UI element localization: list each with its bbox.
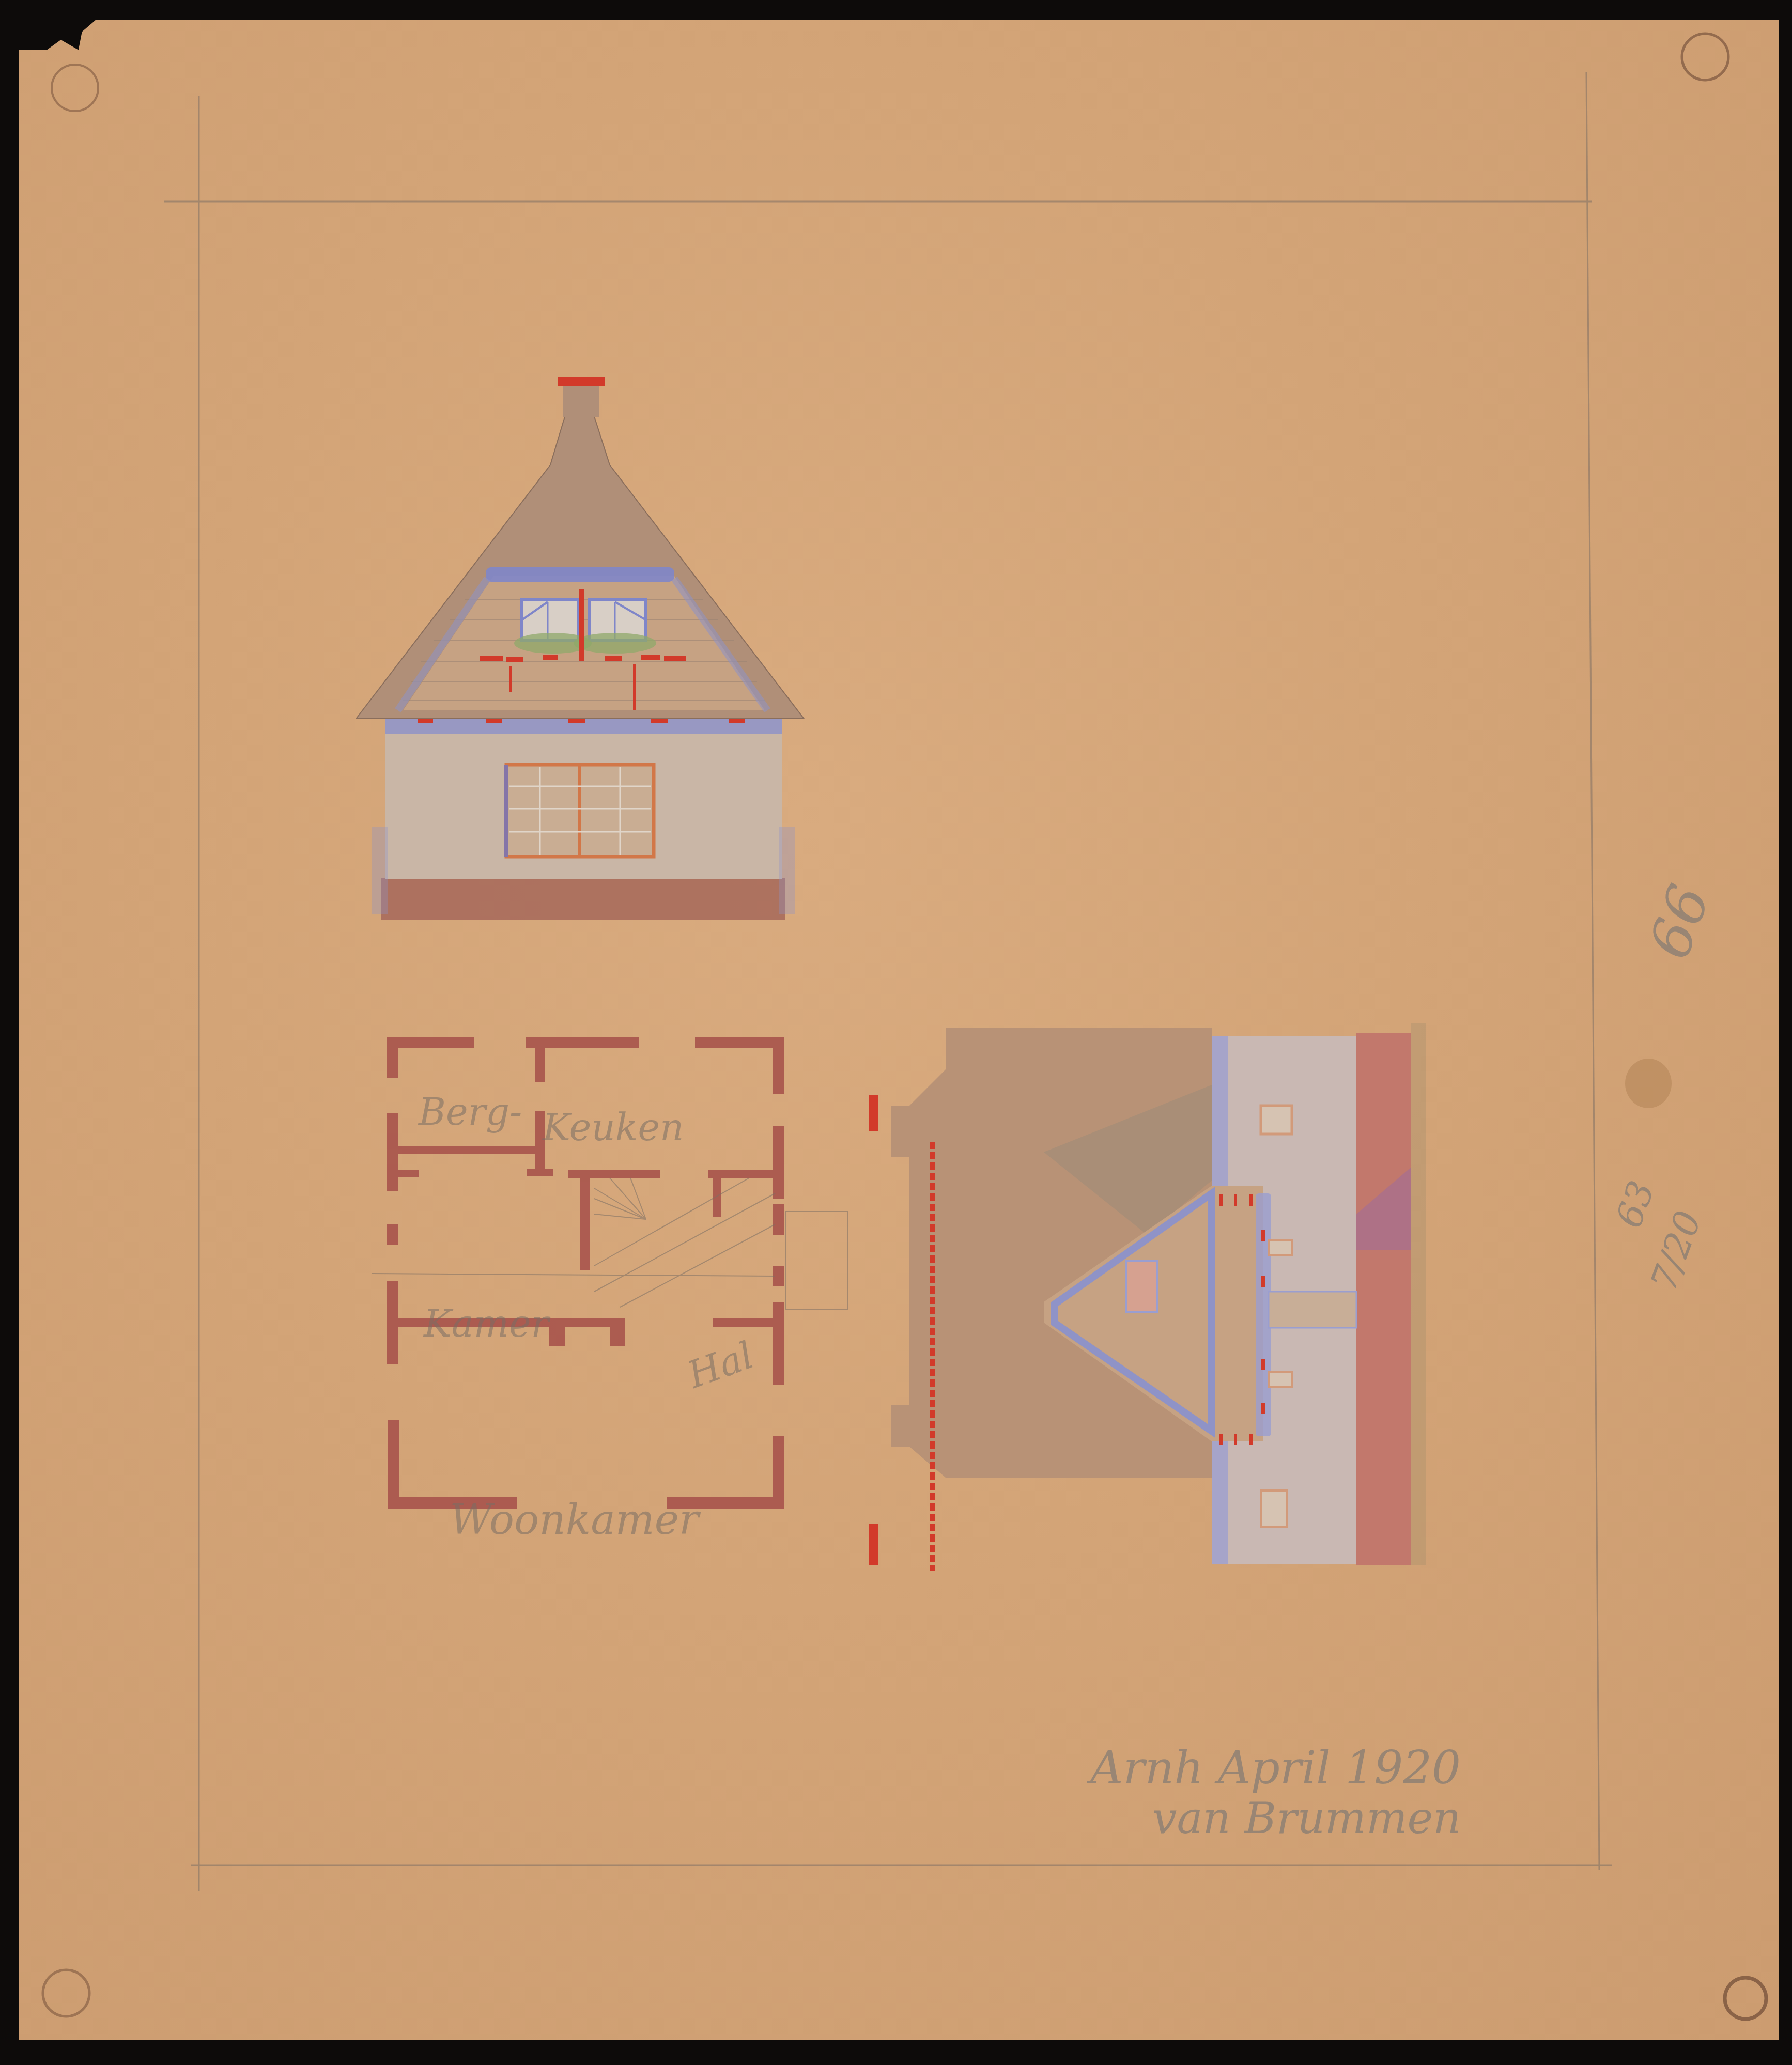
stain — [1625, 1059, 1672, 1108]
signature-line2: van Brummen — [1152, 1793, 1461, 1843]
room-label-woonkamer: Woonkamer — [450, 1496, 699, 1544]
drawing-canvas — [0, 0, 1792, 2065]
room-label-berg: Berg- — [419, 1090, 522, 1134]
signature-line1: Arnh April 1920 — [1090, 1741, 1461, 1794]
room-label-kamer: Kamer — [424, 1302, 549, 1345]
room-label-keuken: Keuken — [543, 1106, 684, 1149]
pencil-frame — [164, 72, 1612, 1891]
side-elevation — [869, 1023, 1426, 1571]
front-elevation — [357, 377, 804, 920]
